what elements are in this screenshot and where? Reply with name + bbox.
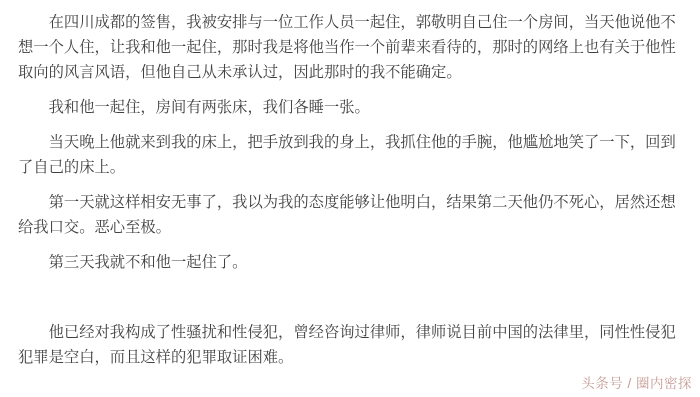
watermark: 头条号 / 圈内密探 [581, 376, 692, 392]
paragraph-5: 第三天我就不和他一起住了。 [18, 250, 681, 275]
paragraph-6: 他已经对我构成了性骚扰和性侵犯，曾经咨询过律师，律师说目前中国的法律里，同性性侵… [18, 320, 681, 370]
paragraph-1: 在四川成都的签售，我被安排与一位工作人员一起住，郭敬明自己住一个房间，当天他说他… [18, 10, 681, 85]
article-page: 在四川成都的签售，我被安排与一位工作人员一起住，郭敬明自己住一个房间，当天他说他… [0, 0, 700, 397]
paragraph-2: 我和他一起住，房间有两张床，我们各睡一张。 [18, 95, 681, 120]
paragraph-4: 第一天就这样相安无事了，我以为我的态度能够让他明白，结果第二天他仍不死心，居然还… [18, 190, 681, 240]
paragraph-3: 当天晚上他就来到我的床上，把手放到我的身上，我抓住他的手腕，他尴尬地笑了一下，回… [18, 130, 681, 180]
